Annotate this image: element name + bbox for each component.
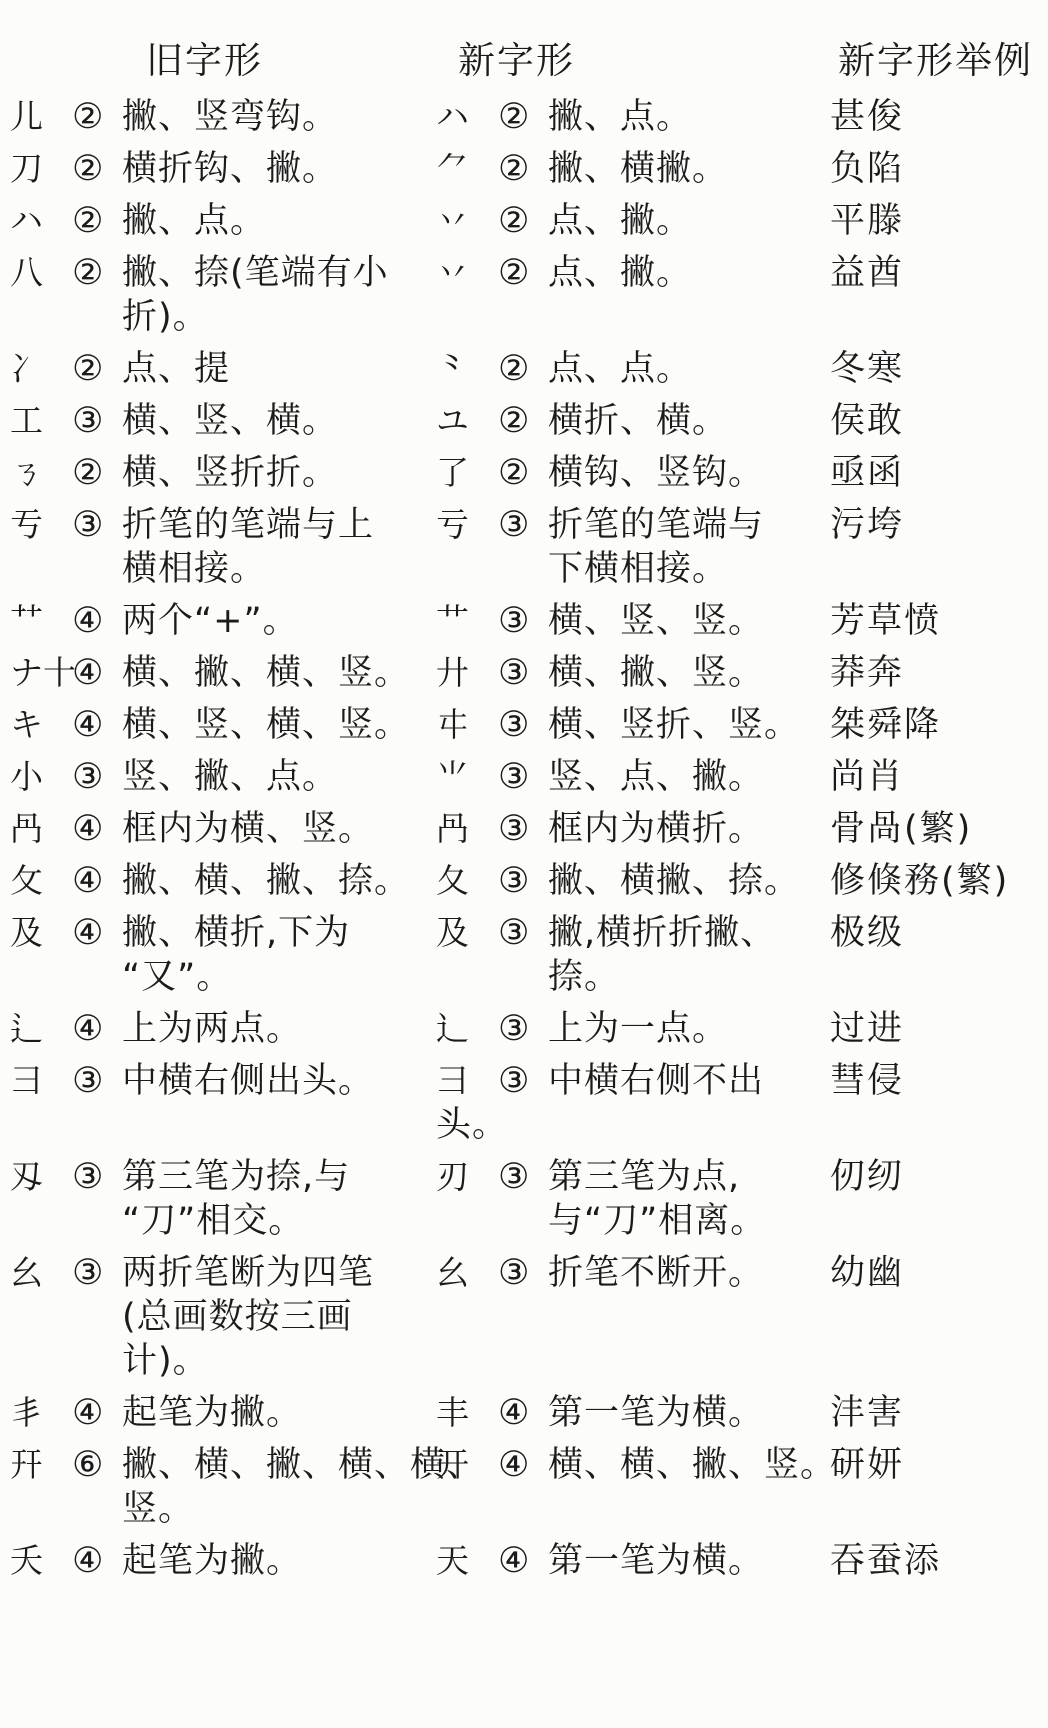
new-form-description: 折笔的笔端与 下横相接。: [548, 503, 820, 591]
example-characters: 尚肖: [820, 755, 1048, 799]
new-form-description: 点、点。: [548, 347, 820, 391]
new-form-cell: 廾 ③ 横、撇、竖。: [430, 651, 820, 695]
table-header: 旧字形 新字形 新字形举例: [0, 0, 1048, 95]
new-form-description: 折笔不断开。: [548, 1251, 820, 1295]
old-form-description: 中横右侧出头。: [122, 1059, 430, 1103]
new-form-stroke-count: ②: [498, 251, 548, 295]
new-form-glyph: 开: [436, 1443, 498, 1487]
new-form-description: 撇、点。: [548, 95, 820, 139]
new-form-stroke-count: ④: [498, 1443, 548, 1487]
new-form-glyph: ユ: [436, 399, 498, 443]
old-form-glyph: 亐: [10, 503, 72, 547]
new-form-cell: 㐄 ③ 横、竖折、竖。: [430, 703, 820, 747]
old-form-description: 撇、捺(笔端有小 折)。: [122, 251, 430, 339]
old-form-glyph: キ: [10, 703, 72, 747]
new-form-cell: 了 ② 横钩、竖钩。: [430, 451, 820, 495]
old-form-description: 撇、横、撇、横、横、 竖。: [122, 1443, 482, 1531]
old-form-stroke-count: ②: [72, 347, 122, 391]
old-form-cell: 亐 ③ 折笔的笔端与上 横相接。: [0, 503, 430, 591]
old-form-cell: 刄 ③ 第三笔为捺,与 “刀”相交。: [0, 1155, 430, 1243]
new-form-stroke-count: ③: [498, 859, 548, 903]
old-form-stroke-count: ④: [72, 1391, 122, 1435]
old-form-cell: ⺕ ③ 中横右侧出头。: [0, 1059, 430, 1103]
old-form-stroke-count: ③: [72, 1059, 122, 1103]
old-form-cell: 冫 ② 点、提: [0, 347, 430, 391]
new-form-cell: ハ ② 撇、点。: [430, 95, 820, 139]
example-characters: 平滕: [820, 199, 1048, 243]
example-characters: 彗侵: [820, 1059, 1048, 1103]
old-form-description: 竖、撇、点。: [122, 755, 430, 799]
old-form-glyph: 工: [10, 399, 72, 443]
new-form-cell: 亏 ③ 折笔的笔端与 下横相接。: [430, 503, 820, 591]
old-form-cell: 及 ④ 撇、横折,下为 “又”。: [0, 911, 430, 999]
new-form-cell: 彐 ③ 中横右侧不出 头。: [430, 1059, 820, 1147]
table-row: 及 ④ 撇、横折,下为 “又”。 及 ③ 撇,横折折撇、 捺。 极级: [0, 911, 1048, 999]
table-row: ㄋ ② 横、竖折折。 了 ② 横钩、竖钩。 亟函: [0, 451, 1048, 495]
old-form-stroke-count: ②: [72, 251, 122, 295]
old-form-description: 两个“+”。: [122, 599, 430, 643]
new-form-cell: 艹 ③ 横、竖、竖。: [430, 599, 820, 643]
table-row: 儿 ② 撇、竖弯钩。 ハ ② 撇、点。 甚俊: [0, 95, 1048, 139]
table-row: ハ ② 撇、点。 丷 ② 点、撇。 平滕: [0, 199, 1048, 243]
new-form-stroke-count: ③: [498, 599, 548, 643]
new-form-glyph: 刃: [436, 1155, 498, 1199]
new-form-cell: 及 ③ 撇,横折折撇、 捺。: [430, 911, 820, 999]
new-form-stroke-count: ③: [498, 755, 548, 799]
old-form-glyph: ⻍: [10, 1007, 72, 1051]
new-form-description: 点、撇。: [548, 251, 820, 295]
old-form-description: 第三笔为捺,与 “刀”相交。: [122, 1155, 430, 1243]
old-form-description: 折笔的笔端与上 横相接。: [122, 503, 430, 591]
old-form-glyph: 八: [10, 251, 72, 295]
old-form-description: 起笔为撇。: [122, 1539, 430, 1583]
table-row: ナ十 ④ 横、撇、横、竖。 廾 ③ 横、撇、竖。 莽奔: [0, 651, 1048, 695]
new-form-description: 第三笔为点, 与“刀”相离。: [548, 1155, 820, 1243]
table-row: 刄 ③ 第三笔为捺,与 “刀”相交。 刃 ③ 第三笔为点, 与“刀”相离。 仞纫: [0, 1155, 1048, 1243]
new-form-cell: 丷 ② 点、撇。: [430, 199, 820, 243]
new-form-stroke-count: ②: [498, 147, 548, 191]
old-form-stroke-count: ④: [72, 1007, 122, 1051]
old-form-cell: ⺿ ④ 两个“+”。: [0, 599, 430, 643]
old-form-cell: 攵 ④ 撇、横、撇、捺。: [0, 859, 430, 903]
table-row: ⺿ ④ 两个“+”。 艹 ③ 横、竖、竖。 芳草愤: [0, 599, 1048, 643]
new-form-description: 上为一点。: [548, 1007, 820, 1051]
old-form-description: 撇、横折,下为 “又”。: [122, 911, 430, 999]
table-row: 幺 ③ 两折笔断为四笔 (总画数按三画 计)。 幺 ③ 折笔不断开。 幼幽: [0, 1251, 1048, 1383]
new-form-description: 点、撇。: [548, 199, 820, 243]
old-form-cell: ㄋ ② 横、竖折折。: [0, 451, 430, 495]
example-characters: 极级: [820, 911, 1048, 955]
new-form-glyph: 了: [436, 451, 498, 495]
old-form-description: 起笔为撇。: [122, 1391, 430, 1435]
old-form-glyph: 攵: [10, 859, 72, 903]
new-form-glyph: 丷: [436, 199, 498, 243]
example-characters: 沣害: [820, 1391, 1048, 1435]
old-form-stroke-count: ③: [72, 755, 122, 799]
new-form-glyph: 㐄: [436, 703, 498, 747]
old-form-glyph: ハ: [10, 199, 72, 243]
new-form-stroke-count: ④: [498, 1539, 548, 1583]
table-row: 丯 ④ 起笔为撇。 丰 ④ 第一笔为横。 沣害: [0, 1391, 1048, 1435]
new-form-glyph: ⺀: [436, 347, 498, 391]
old-form-cell: 工 ③ 横、竖、横。: [0, 399, 430, 443]
new-form-cell: 刃 ③ 第三笔为点, 与“刀”相离。: [430, 1155, 820, 1243]
old-form-description: 上为两点。: [122, 1007, 430, 1051]
example-characters: 负陷: [820, 147, 1048, 191]
new-form-cell: 夂 ③ 撇、横撇、捺。: [430, 859, 820, 903]
new-form-description: 横、横、撇、竖。: [548, 1443, 836, 1487]
old-form-stroke-count: ④: [72, 807, 122, 851]
old-form-glyph: ⺿: [10, 599, 72, 643]
table-row: 工 ③ 横、竖、横。 ユ ② 横折、横。 侯敢: [0, 399, 1048, 443]
new-form-description: 横、撇、竖。: [548, 651, 820, 695]
old-form-cell: 小 ③ 竖、撇、点。: [0, 755, 430, 799]
new-form-stroke-count: ③: [498, 503, 548, 547]
table-row: 攵 ④ 撇、横、撇、捺。 夂 ③ 撇、横撇、捺。 修倏務(繁): [0, 859, 1048, 903]
table-row: 刀 ② 横折钩、撇。 ⺈ ② 撇、横撇。 负陷: [0, 147, 1048, 191]
table-row: ⻍ ④ 上为两点。 ⻌ ③ 上为一点。 过进: [0, 1007, 1048, 1051]
old-form-cell: 丯 ④ 起笔为撇。: [0, 1391, 430, 1435]
new-form-description: 横、竖折、竖。: [548, 703, 820, 747]
dictionary-scan-page: 旧字形 新字形 新字形举例 儿 ② 撇、竖弯钩。 ハ ② 撇、点。 甚俊 刀 ②…: [0, 0, 1048, 1728]
example-characters: 甚俊: [820, 95, 1048, 139]
new-form-glyph: 及: [436, 911, 498, 955]
old-form-cell: 幵 ⑥ 撇、横、撇、横、横、 竖。: [0, 1443, 430, 1531]
old-form-description: 横、竖折折。: [122, 451, 430, 495]
new-form-glyph: 亏: [436, 503, 498, 547]
old-form-glyph: ⺕: [10, 1059, 72, 1103]
table-row: 冎 ④ 框内为横、竖。 冎 ③ 框内为横折。 骨咼(繁): [0, 807, 1048, 851]
new-form-cell: 天 ④ 第一笔为横。: [430, 1539, 820, 1583]
old-form-stroke-count: ④: [72, 703, 122, 747]
new-form-stroke-count: ③: [498, 807, 548, 851]
old-form-description: 点、提: [122, 347, 430, 391]
old-form-glyph: ナ十: [10, 651, 72, 695]
old-form-description: 横、撇、横、竖。: [122, 651, 430, 695]
old-form-cell: ハ ② 撇、点。: [0, 199, 430, 243]
old-form-description: 横、竖、横、竖。: [122, 703, 430, 747]
old-form-glyph: 冎: [10, 807, 72, 851]
old-form-description: 撇、竖弯钩。: [122, 95, 430, 139]
old-form-glyph: 儿: [10, 95, 72, 139]
old-form-stroke-count: ⑥: [72, 1443, 122, 1487]
new-form-description: 横折、横。: [548, 399, 820, 443]
new-form-stroke-count: ②: [498, 399, 548, 443]
table-row: 幵 ⑥ 撇、横、撇、横、横、 竖。 开 ④ 横、横、撇、竖。 研妍: [0, 1443, 1048, 1531]
old-form-description: 撇、点。: [122, 199, 430, 243]
old-form-description: 横折钩、撇。: [122, 147, 430, 191]
old-form-glyph: 小: [10, 755, 72, 799]
new-form-stroke-count: ③: [498, 1155, 548, 1199]
new-form-glyph: 丷: [436, 251, 498, 295]
old-form-stroke-count: ③: [72, 399, 122, 443]
table-row: キ ④ 横、竖、横、竖。 㐄 ③ 横、竖折、竖。 桀舜降: [0, 703, 1048, 747]
new-form-cell: 幺 ③ 折笔不断开。: [430, 1251, 820, 1295]
old-form-cell: 儿 ② 撇、竖弯钩。: [0, 95, 430, 139]
table-row: ⺕ ③ 中横右侧出头。 彐 ③ 中横右侧不出 头。 彗侵: [0, 1059, 1048, 1147]
new-form-description: 撇、横撇。: [548, 147, 820, 191]
old-form-glyph: 丯: [10, 1391, 72, 1435]
example-characters: 仞纫: [820, 1155, 1048, 1199]
old-form-stroke-count: ④: [72, 651, 122, 695]
old-form-glyph: 幺: [10, 1251, 72, 1295]
example-characters: 冬寒: [820, 347, 1048, 391]
new-form-glyph: 丰: [436, 1391, 498, 1435]
old-new-form-comparison-table: 儿 ② 撇、竖弯钩。 ハ ② 撇、点。 甚俊 刀 ② 横折钩、撇。 ⺈ ② 撇、…: [0, 95, 1048, 1583]
example-characters: 侯敢: [820, 399, 1048, 443]
new-form-cell: ⺈ ② 撇、横撇。: [430, 147, 820, 191]
old-form-cell: ナ十 ④ 横、撇、横、竖。: [0, 651, 430, 695]
old-form-stroke-count: ④: [72, 911, 122, 955]
new-form-glyph: 夂: [436, 859, 498, 903]
old-form-glyph: 及: [10, 911, 72, 955]
old-form-glyph: 刀: [10, 147, 72, 191]
new-form-glyph: ハ: [436, 95, 498, 139]
old-form-cell: 八 ② 撇、捺(笔端有小 折)。: [0, 251, 430, 339]
new-form-cell: ⺌ ③ 竖、点、撇。: [430, 755, 820, 799]
old-form-cell: 夭 ④ 起笔为撇。: [0, 1539, 430, 1583]
new-form-description: 横钩、竖钩。: [548, 451, 820, 495]
new-form-glyph: 幺: [436, 1251, 498, 1295]
old-form-cell: 幺 ③ 两折笔断为四笔 (总画数按三画 计)。: [0, 1251, 430, 1383]
example-characters: 益酋: [820, 251, 1048, 295]
old-form-stroke-count: ③: [72, 503, 122, 547]
new-form-description: 撇,横折折撇、 捺。: [548, 911, 820, 999]
table-row: 夭 ④ 起笔为撇。 天 ④ 第一笔为横。 吞蚕添: [0, 1539, 1048, 1583]
new-form-glyph: ⺌: [436, 755, 498, 799]
new-form-stroke-count: ④: [498, 1391, 548, 1435]
old-form-description: 框内为横、竖。: [122, 807, 430, 851]
old-form-stroke-count: ④: [72, 1539, 122, 1583]
new-form-description: 横、竖、竖。: [548, 599, 820, 643]
new-form-cell: ユ ② 横折、横。: [430, 399, 820, 443]
example-characters: 亟函: [820, 451, 1048, 495]
old-form-description: 横、竖、横。: [122, 399, 430, 443]
table-row: 冫 ② 点、提 ⺀ ② 点、点。 冬寒: [0, 347, 1048, 391]
new-form-glyph: 冎: [436, 807, 498, 851]
table-row: 小 ③ 竖、撇、点。 ⺌ ③ 竖、点、撇。 尚肖: [0, 755, 1048, 799]
old-form-glyph: 幵: [10, 1443, 72, 1487]
example-characters: 污垮: [820, 503, 1048, 547]
table-row: 亐 ③ 折笔的笔端与上 横相接。 亏 ③ 折笔的笔端与 下横相接。 污垮: [0, 503, 1048, 591]
new-form-description: 第一笔为横。: [548, 1391, 820, 1435]
old-form-stroke-count: ②: [72, 147, 122, 191]
new-form-stroke-count: ②: [498, 347, 548, 391]
example-characters: 研妍: [820, 1443, 1048, 1487]
old-form-stroke-count: ②: [72, 451, 122, 495]
new-form-description: 竖、点、撇。: [548, 755, 820, 799]
old-form-stroke-count: ②: [72, 95, 122, 139]
old-form-stroke-count: ③: [72, 1251, 122, 1295]
new-form-description: 第一笔为横。: [548, 1539, 820, 1583]
example-characters: 过进: [820, 1007, 1048, 1051]
table-row: 八 ② 撇、捺(笔端有小 折)。 丷 ② 点、撇。 益酋: [0, 251, 1048, 339]
new-form-stroke-count: ③: [498, 651, 548, 695]
example-characters: 莽奔: [820, 651, 1048, 695]
new-form-stroke-count: ③: [498, 911, 548, 955]
new-form-cell: 丰 ④ 第一笔为横。: [430, 1391, 820, 1435]
new-form-description: 中横右侧不出 头。: [436, 1059, 820, 1147]
old-form-glyph: 刄: [10, 1155, 72, 1199]
old-form-stroke-count: ④: [72, 859, 122, 903]
example-characters: 芳草愤: [820, 599, 1048, 643]
old-form-description: 两折笔断为四笔 (总画数按三画 计)。: [122, 1251, 430, 1383]
new-form-stroke-count: ③: [498, 1251, 548, 1295]
new-form-description: 撇、横撇、捺。: [548, 859, 820, 903]
old-form-stroke-count: ③: [72, 1155, 122, 1199]
new-form-cell: ⺀ ② 点、点。: [430, 347, 820, 391]
old-form-glyph: 夭: [10, 1539, 72, 1583]
new-form-cell: 开 ④ 横、横、撇、竖。: [430, 1443, 820, 1487]
old-form-glyph: 冫: [10, 347, 72, 391]
example-characters: 桀舜降: [820, 703, 1048, 747]
new-form-column-header: 新字形: [458, 30, 575, 84]
new-form-glyph: ⻌: [436, 1007, 498, 1051]
old-form-glyph: ㄋ: [10, 451, 72, 495]
old-form-cell: 冎 ④ 框内为横、竖。: [0, 807, 430, 851]
new-form-glyph: 艹: [436, 599, 498, 643]
example-characters: 修倏務(繁): [820, 859, 1048, 903]
new-form-description: 框内为横折。: [548, 807, 820, 851]
example-characters: 吞蚕添: [820, 1539, 1048, 1583]
new-form-cell: ⻌ ③ 上为一点。: [430, 1007, 820, 1051]
new-form-stroke-count: ③: [498, 703, 548, 747]
example-characters: 幼幽: [820, 1251, 1048, 1295]
examples-column-header: 新字形举例: [838, 30, 1033, 84]
new-form-cell: 冎 ③ 框内为横折。: [430, 807, 820, 851]
new-form-glyph: ⺈: [436, 147, 498, 191]
new-form-stroke-count: ②: [498, 95, 548, 139]
old-form-cell: キ ④ 横、竖、横、竖。: [0, 703, 430, 747]
new-form-glyph: 廾: [436, 651, 498, 695]
new-form-stroke-count: ③: [498, 1007, 548, 1051]
old-form-cell: ⻍ ④ 上为两点。: [0, 1007, 430, 1051]
old-form-cell: 刀 ② 横折钩、撇。: [0, 147, 430, 191]
new-form-stroke-count: ②: [498, 451, 548, 495]
new-form-glyph: 天: [436, 1539, 498, 1583]
old-form-column-header: 旧字形: [146, 30, 263, 84]
old-form-stroke-count: ②: [72, 199, 122, 243]
old-form-description: 撇、横、撇、捺。: [122, 859, 430, 903]
new-form-cell: 丷 ② 点、撇。: [430, 251, 820, 295]
new-form-stroke-count: ②: [498, 199, 548, 243]
example-characters: 骨咼(繁): [820, 807, 1048, 851]
old-form-stroke-count: ④: [72, 599, 122, 643]
